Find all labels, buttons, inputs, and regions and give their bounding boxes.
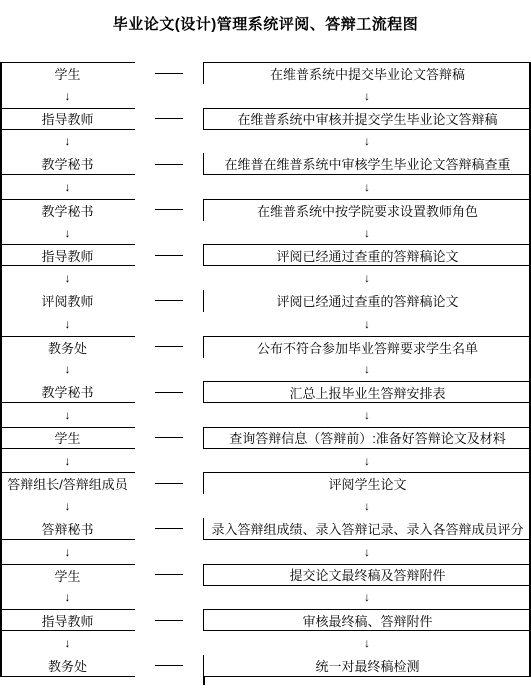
flow-row: 指导教师 在维普系统中审核并提交学生毕业论文答辩稿 [0, 108, 531, 130]
down-arrow-icon: ↓ [203, 637, 531, 649]
down-arrow-icon: ↓ [203, 591, 531, 603]
down-arrow-icon: ↓ [203, 90, 531, 102]
arrow-row: ↓ ↓ [0, 175, 531, 199]
connector-dash-icon [155, 164, 183, 165]
flow-row: 指导教师 评阅已经通过查重的答辩稿论文 [0, 244, 531, 266]
down-arrow-icon: ↓ [0, 318, 135, 330]
action-box: 录入答辩组成绩、录入答辩记录、录入各答辩成员评分 [203, 518, 531, 540]
down-arrow-icon: ↓ [203, 455, 531, 467]
down-arrow-icon: ↓ [203, 500, 531, 512]
bottom-border-fragment [203, 677, 205, 685]
action-box: 在维普在维普系统中审核学生毕业论文答辩稿查重 [203, 153, 531, 175]
down-arrow-icon: ↓ [203, 227, 531, 239]
flow-row: 教学秘书 在维普系统中按学院要求设置教师角色 [0, 199, 531, 221]
action-box: 统一对最终稿检测 [203, 655, 531, 677]
down-arrow-icon: ↓ [203, 272, 531, 284]
connector-dash-icon [155, 437, 183, 438]
action-box: 查询答辩信息（答辩前）:准备好答辩论文及材料 [203, 427, 531, 449]
down-arrow-icon: ↓ [0, 363, 135, 375]
down-arrow-icon: ↓ [0, 409, 135, 421]
arrow-row: ↓ ↓ [0, 631, 531, 655]
down-arrow-icon: ↓ [203, 318, 531, 330]
action-box: 在维普系统中按学院要求设置教师角色 [203, 199, 531, 221]
role-cell: 教学秘书 [0, 153, 135, 175]
flow-row: 学生 查询答辩信息（答辩前）:准备好答辩论文及材料 [0, 427, 531, 449]
down-arrow-icon: ↓ [0, 637, 135, 649]
flow-row: 教学秘书 在维普在维普系统中审核学生毕业论文答辩稿查重 [0, 153, 531, 175]
arrow-row: ↓ ↓ [0, 221, 531, 245]
down-arrow-icon: ↓ [0, 90, 135, 102]
flow-row: 学生 提交论文最终稿及答辩附件 [0, 564, 531, 586]
arrow-row: ↓ ↓ [0, 84, 531, 108]
action-box: 审核最终稿、答辩附件 [203, 609, 531, 631]
down-arrow-icon: ↓ [0, 455, 135, 467]
arrow-row: ↓ ↓ [0, 540, 531, 564]
flow-row: 教务处 公布不符合参加毕业答辩要求学生名单 [0, 336, 531, 358]
flow-row: 评阅教师 评阅已经通过查重的答辩稿论文 [0, 290, 531, 312]
connector-dash-icon [155, 255, 183, 256]
connector-dash-icon [155, 392, 183, 393]
down-arrow-icon: ↓ [203, 135, 531, 147]
role-cell: 学生 [0, 564, 135, 586]
arrow-row: ↓ ↓ [0, 312, 531, 336]
down-arrow-icon: ↓ [0, 591, 135, 603]
action-box: 在维普系统中审核并提交学生毕业论文答辩稿 [203, 108, 531, 130]
arrow-row: ↓ ↓ [0, 449, 531, 473]
flow-row: 答辩组长/答辩组成员 评阅学生论文 [0, 472, 531, 494]
arrow-row: ↓ ↓ [0, 403, 531, 427]
page-title: 毕业论文(设计)管理系统评阅、答辩工流程图 [0, 13, 531, 34]
down-arrow-icon: ↓ [203, 363, 531, 375]
arrow-row: ↓ ↓ [0, 494, 531, 518]
down-arrow-icon: ↓ [0, 227, 135, 239]
action-box: 提交论文最终稿及答辩附件 [203, 564, 531, 586]
arrow-row: ↓ ↓ [0, 586, 531, 610]
connector-dash-icon [155, 73, 183, 74]
flowchart-page: 毕业论文(设计)管理系统评阅、答辩工流程图 学生 在维普系统中提交毕业论文答辩稿… [0, 0, 531, 699]
action-box: 汇总上报毕业生答辩安排表 [203, 381, 531, 403]
action-box: 公布不符合参加毕业答辩要求学生名单 [203, 336, 531, 358]
arrow-row: ↓ ↓ [0, 358, 531, 382]
action-box: 评阅学生论文 [203, 472, 531, 494]
role-cell: 教务处 [0, 655, 135, 677]
role-cell: 教学秘书 [0, 199, 135, 221]
action-box: 评阅已经通过查重的答辩稿论文 [203, 290, 531, 312]
connector-dash-icon [155, 209, 183, 210]
connector-dash-icon [155, 665, 183, 666]
role-cell: 指导教师 [0, 609, 135, 631]
down-arrow-icon: ↓ [203, 546, 531, 558]
down-arrow-icon: ↓ [0, 135, 135, 147]
role-cell: 答辩组长/答辩组成员 [0, 472, 135, 494]
down-arrow-icon: ↓ [0, 500, 135, 512]
role-cell: 评阅教师 [0, 290, 135, 312]
down-arrow-icon: ↓ [203, 409, 531, 421]
action-box: 评阅已经通过查重的答辩稿论文 [203, 244, 531, 266]
down-arrow-icon: ↓ [0, 272, 135, 284]
flow-row: 教务处 统一对最终稿检测 [0, 655, 531, 677]
down-arrow-icon: ↓ [0, 546, 135, 558]
connector-dash-icon [155, 528, 183, 529]
role-cell: 学生 [0, 427, 135, 449]
connector-dash-icon [155, 346, 183, 347]
flow-row: 教学秘书 汇总上报毕业生答辩安排表 [0, 381, 531, 403]
flow-row: 答辩秘书 录入答辩组成绩、录入答辩记录、录入各答辩成员评分 [0, 518, 531, 540]
role-cell: 指导教师 [0, 244, 135, 266]
flow-diagram: 学生 在维普系统中提交毕业论文答辩稿 ↓ ↓ 指导教师 在维普系统中审核并提交学… [0, 62, 531, 677]
connector-dash-icon [155, 118, 183, 119]
role-cell: 答辩秘书 [0, 518, 135, 540]
role-cell: 学生 [0, 62, 135, 84]
arrow-row: ↓ ↓ [0, 266, 531, 290]
connector-dash-icon [155, 574, 183, 575]
connector-dash-icon [155, 483, 183, 484]
connector-dash-icon [155, 620, 183, 621]
flow-row: 学生 在维普系统中提交毕业论文答辩稿 [0, 62, 531, 84]
connector-dash-icon [155, 300, 183, 301]
role-cell: 教务处 [0, 336, 135, 358]
down-arrow-icon: ↓ [203, 181, 531, 193]
arrow-row: ↓ ↓ [0, 130, 531, 154]
role-cell: 教学秘书 [0, 381, 135, 403]
flow-row: 指导教师 审核最终稿、答辩附件 [0, 609, 531, 631]
down-arrow-icon: ↓ [0, 181, 135, 193]
action-box: 在维普系统中提交毕业论文答辩稿 [203, 62, 531, 84]
role-cell: 指导教师 [0, 108, 135, 130]
